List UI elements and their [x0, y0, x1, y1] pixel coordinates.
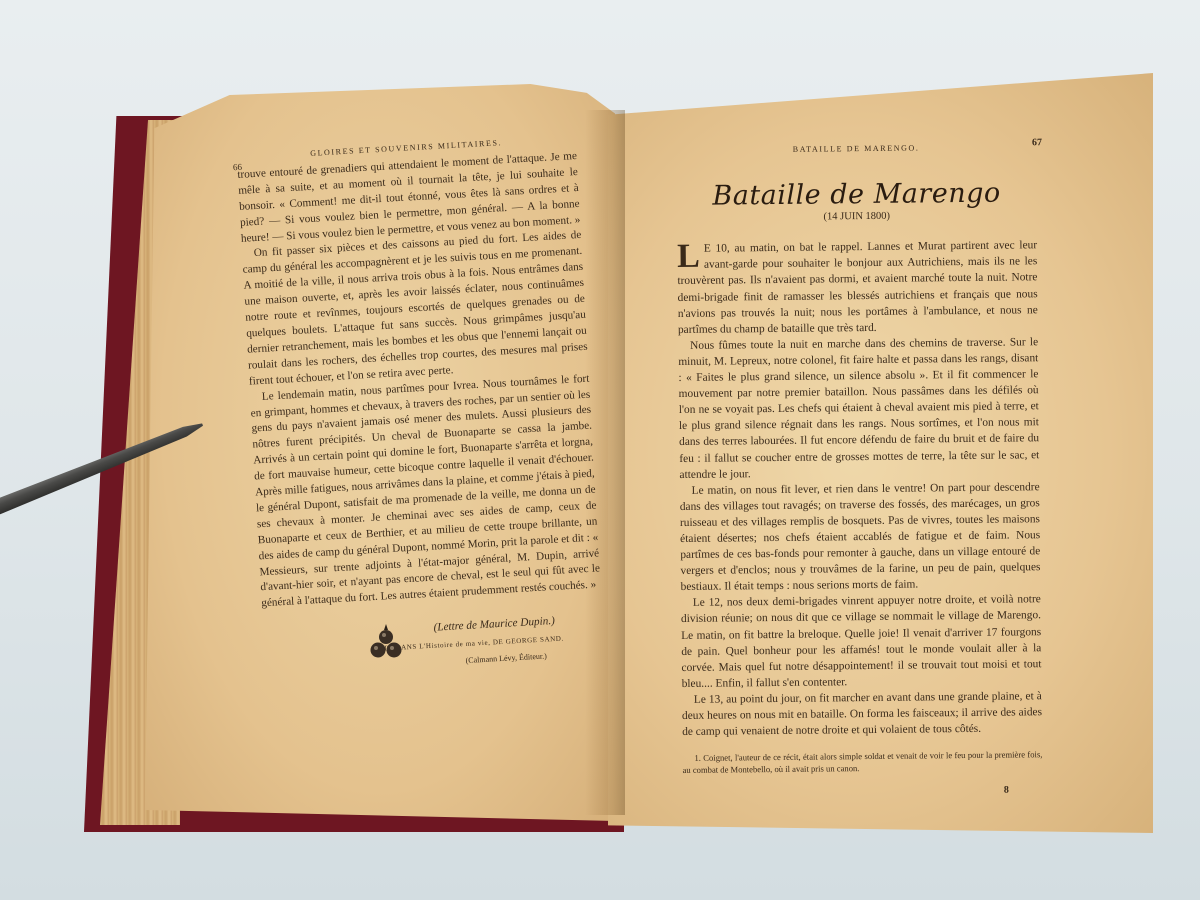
left-paragraph: Le lendemain matin, nous partîmes pour I…	[249, 371, 601, 612]
right-paragraph: LE 10, au matin, on bat le rappel. Lanne…	[677, 238, 1038, 338]
right-running-head: BATAILLE DE MARENGO. 67	[676, 139, 1036, 159]
right-running-head-text: BATAILLE DE MARENGO.	[793, 143, 920, 153]
book-photo: 66 GLOIRES ET SOUVENIRS MILITAIRES. trou…	[0, 0, 1200, 900]
right-paragraph: Le 12, nos deux demi-brigades vinrent ap…	[681, 592, 1042, 692]
right-page-number: 67	[1032, 135, 1042, 151]
left-page-text: 66 GLOIRES ET SOUVENIRS MILITAIRES. trou…	[236, 131, 605, 680]
footnote: 1. Coignet, l'auteur de ce récit, était …	[682, 748, 1042, 776]
right-page-text: BATAILLE DE MARENGO. 67 Bataille de Mare…	[676, 139, 1043, 802]
left-page-number: 66	[233, 160, 243, 176]
right-paragraph-text: E 10, au matin, on bat le rappel. Lannes…	[677, 240, 1037, 336]
right-paragraph: Nous fûmes toute la nuit en marche dans …	[678, 334, 1039, 483]
drop-cap: L	[677, 243, 700, 271]
right-paragraph: Le matin, on nous fit lever, et rien dan…	[680, 479, 1041, 595]
chapter-title: Bataille de Marengo	[676, 185, 1036, 205]
right-paragraph: Le 13, au point du jour, on fit marcher …	[682, 688, 1042, 740]
cannonball-ornament-icon	[368, 622, 404, 662]
left-paragraph: On fit passer six pièces et des caissons…	[241, 228, 588, 390]
